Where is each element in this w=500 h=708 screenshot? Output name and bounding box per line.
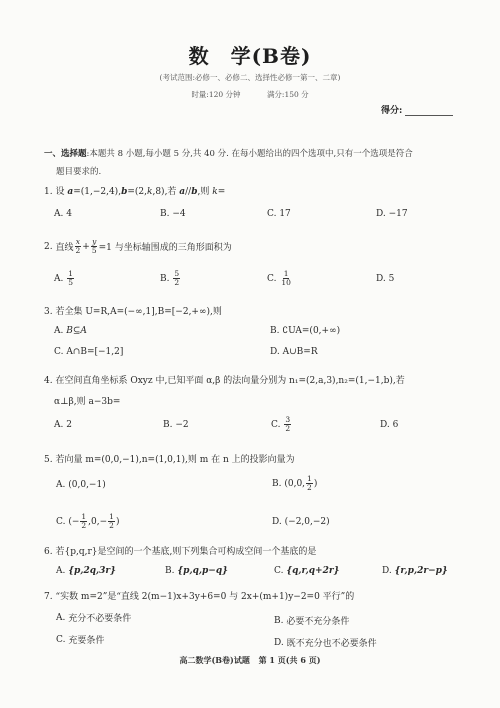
score-label: 得分: [381, 103, 402, 116]
q7-option-d[interactable]: D. 既不充分也不必要条件 [274, 636, 377, 649]
q4-option-c[interactable]: C. 32 [271, 416, 292, 433]
q1-option-c[interactable]: C. 17 [267, 209, 291, 219]
q5-option-d[interactable]: D. (−2,0,−2) [272, 517, 330, 527]
section-description-cont: 题目要求的. [44, 163, 464, 181]
page-number: 第 1 页(共 6 页) [259, 655, 321, 665]
score-blank-line [405, 106, 453, 116]
q4-option-d[interactable]: D. 6 [380, 420, 398, 430]
score-field: 得分: [381, 103, 453, 116]
q4-option-b[interactable]: B. −2 [163, 420, 189, 430]
q7-option-b[interactable]: B. 必要不充分条件 [274, 614, 349, 627]
q7-option-a[interactable]: A. 充分不必要条件 [56, 611, 131, 624]
full-score: 满分:150 分 [267, 90, 309, 99]
q1-option-b[interactable]: B. −4 [160, 209, 186, 219]
q3-option-b[interactable]: B. ∁UA=(0,+∞) [270, 326, 340, 336]
question-5: 5. 若向量 m=(0,0,−1),n=(1,0,1),则 m 在 n 上的投影… [44, 452, 295, 465]
q7-option-c[interactable]: C. 充要条件 [56, 633, 104, 646]
question-7: 7. “实数 m=2”是“直线 2(m−1)x+3y+6=0 与 2x+(m+1… [44, 589, 354, 602]
paper-name: 高二数学(B卷)试题 [180, 655, 250, 665]
exam-scope: (考试范围:必修一、必修二、选择性必修一第一、二章) [0, 72, 500, 83]
q3-option-c[interactable]: C. A∩B=[−1,2] [54, 347, 123, 357]
question-1: 1. 设 a=(1,−2,4),b=(2,k,8),若 a//b,则 k= [44, 184, 225, 197]
exam-timing: 时量:120 分钟 满分:150 分 [0, 89, 500, 100]
q2-option-d[interactable]: D. 5 [376, 274, 394, 284]
question-4-cont: α⊥β,则 a−3b= [54, 394, 120, 407]
q6-option-c[interactable]: C. {q,r,q+2r} [274, 566, 339, 576]
q1-option-a[interactable]: A. 4 [54, 209, 72, 219]
section-heading: 一、选择题 [44, 149, 87, 159]
q6-option-b[interactable]: B. {p,q,p−q} [165, 566, 228, 576]
q4-option-a[interactable]: A. 2 [54, 420, 72, 430]
q3-option-d[interactable]: D. A∪B=R [270, 347, 318, 357]
q2-option-a[interactable]: A. 15 [54, 270, 75, 287]
q5-option-a[interactable]: A. (0,0,−1) [56, 480, 106, 490]
time-limit: 时量:120 分钟 [191, 90, 240, 99]
page-footer: 高二数学(B卷)试题 第 1 页(共 6 页) [0, 655, 500, 666]
question-3: 3. 若全集 U=R,A=(−∞,1],B=[−2,+∞),则 [44, 304, 222, 317]
section-multiple-choice: 一、选择题:本题共 8 小题,每小题 5 分,共 40 分. 在每小题给出的四个… [44, 145, 464, 181]
q2-option-b[interactable]: B. 52 [160, 270, 181, 287]
q6-option-a[interactable]: A. {p,2q,3r} [56, 566, 116, 576]
fraction: y5 [91, 238, 98, 255]
question-6: 6. 若{p,q,r}是空间的一个基底,则下列集合可构成空间一个基底的是 [44, 544, 316, 557]
q3-option-a[interactable]: A. B⊆A [54, 326, 87, 336]
exam-title: 数 学(B卷) [0, 40, 500, 69]
q2-option-c[interactable]: C. 110 [267, 270, 293, 287]
question-4: 4. 在空间直角坐标系 Oxyz 中,已知平面 α,β 的法向量分别为 n₁=(… [44, 373, 405, 386]
section-description: :本题共 8 小题,每小题 5 分,共 40 分. 在每小题给出的四个选项中,只… [87, 149, 413, 159]
q5-option-b[interactable]: B. (0,0,12) [272, 475, 317, 492]
q6-option-d[interactable]: D. {r,p,2r−p} [382, 566, 448, 576]
question-2: 2. 直线 x2 + y5 =1 与坐标轴围成的三角形面积为 [44, 238, 232, 255]
q1-option-d[interactable]: D. −17 [376, 209, 408, 219]
q5-option-c[interactable]: C. (−12,0,−12) [56, 513, 119, 530]
fraction: x2 [74, 238, 81, 255]
